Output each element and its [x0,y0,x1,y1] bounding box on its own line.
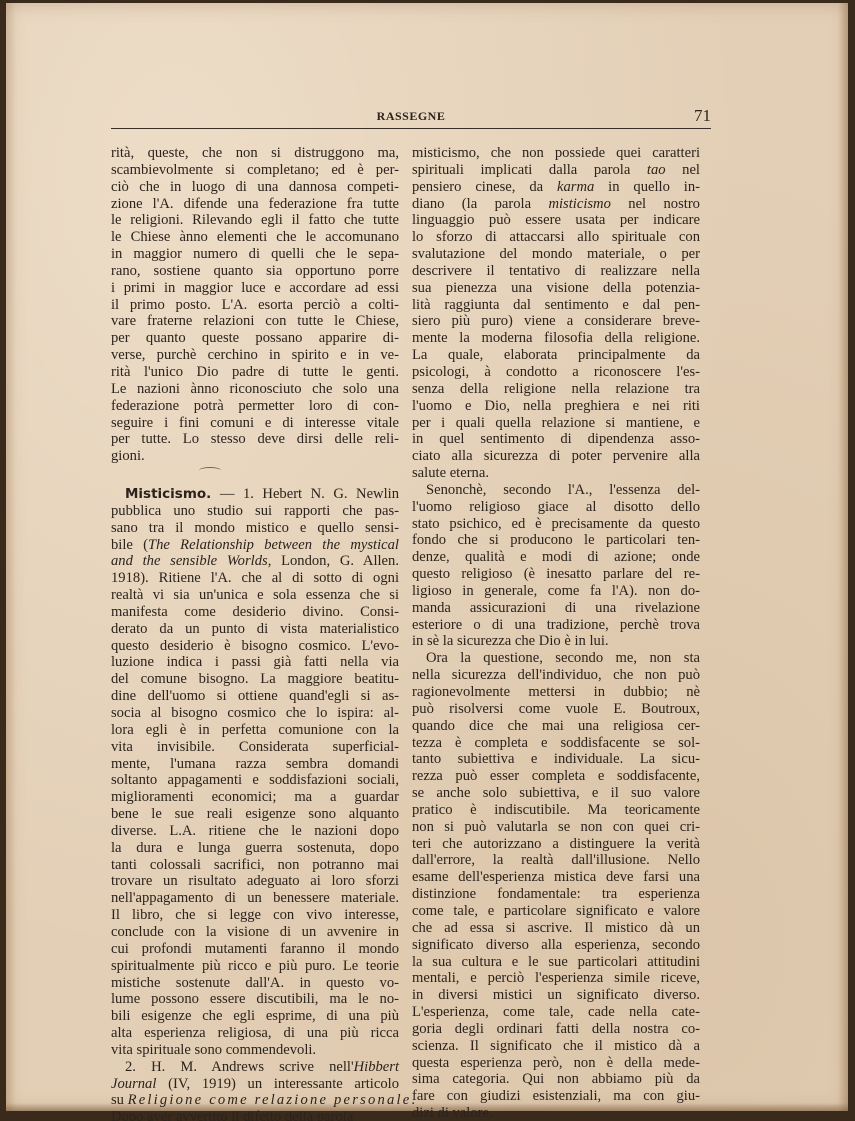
running-title: RASSEGNE [111,109,711,124]
section-intro: — 1. Hebert N. G. Newlin [211,486,399,502]
text-line: gioni. [111,448,399,465]
text-line: vita spirituale sono commendevoli. [111,1042,399,1059]
text-fragment: in quello in- [594,179,700,195]
text-line: zione l'A. difende una federazione fra t… [111,196,399,213]
text-line: descrivere il tentativo di realizzare ne… [412,263,700,280]
text-line: la sua cultura e le sue particolari atti… [412,954,700,971]
text-line: le Chiese ànno elementi che le accomunan… [111,229,399,246]
paragraph-andrews: 2. H. M. Andrews scrive nell'Hibbert Jou… [111,1059,399,1121]
text-line: Il libro, che si legge con vivo interess… [111,907,399,924]
text-line: tanto subiettiva e individuale. La sicu- [412,751,700,768]
text-line: che ad essa si ascrive. Il mistico dà un [412,920,700,937]
text-line: tezza è completa e soddisfacente se sol- [412,735,700,752]
text-line: senza della religione nella relazione tr… [412,381,700,398]
text-line: significato diverso alla esperienza, sec… [412,937,700,954]
text-line: spirituali implicati dalla parola tao ne… [412,162,700,179]
text-line: pensiero cinese, da karma in quello in- [412,179,700,196]
book-title-cont: and the sensible Worlds [111,553,268,569]
article-title: Religione come relazione personale [128,1092,412,1108]
text-fragment: spirituali implicati dalla parola [412,162,647,178]
header-rule [111,128,711,129]
text-line: su Religione come relazione personale. [111,1092,399,1109]
divider-mark [199,467,221,474]
text-line: ciato alla sicurezza di poter pervenire … [412,448,700,465]
text-fragment: 2. H. M. Andrews scrive nell' [125,1059,354,1075]
text-line: Journal (IV, 1919) un interessante artic… [111,1076,399,1093]
text-line: manifesta come desiderio divino. Consi- [111,604,399,621]
text-line: mente, l'umana razza sembra domandi [111,756,399,773]
text-line: per i quali quella relazione si mantiene… [412,415,700,432]
paragraph-misticismo-definition: misticismo, che non possiede quei caratt… [412,145,700,482]
text-line: nell'appagamento di un benessere materia… [111,890,399,907]
text-line: realtà vi sia un'unica e sola essenza ch… [111,587,399,604]
text-line: pratico è indiscutibile. Ma teoricamente [412,802,700,819]
text-line: scambievolmente si completano; ed è per- [111,162,399,179]
text-line: goria degli ordinari fatti della nostra … [412,1021,700,1038]
paragraph-federation: rità, queste, che non si distruggono ma,… [111,145,399,465]
text-line: lume possono essere discutibili, ma le n… [111,991,399,1008]
text-fragment: , London, G. Allen. [268,553,399,569]
book-title: The Relationship between the mystical [148,537,399,553]
text-line: ligioso in generale, come fa l'A). non d… [412,583,700,600]
text-line: La quale, elaborata principalmente da [412,347,700,364]
text-line: sano tra il mondo mistico e quello sensi… [111,520,399,537]
text-line: 1918). Ritiene l'A. che al di sotto di o… [111,570,399,587]
journal-title-cont: Journal [111,1076,156,1092]
text-line: rità l'unico Dio padre di tutte le genti… [111,364,399,381]
text-line: verse, purchè cerchino in spirito e in v… [111,347,399,364]
text-line: le religioni. Rilevando egli il fatto ch… [111,212,399,229]
text-line: and the sensible Worlds, London, G. Alle… [111,553,399,570]
text-line: esteriore o di una tradizione, perchè tr… [412,617,700,634]
text-line: bili esigenze che egli esprime, di una p… [111,1008,399,1025]
text-line: svalutazione del mondo materiale, o per [412,246,700,263]
section-body: 1918). Ritiene l'A. che al di sotto di o… [111,570,399,1058]
text-line: spiritualmente più ricco e più puro. Le … [111,958,399,975]
text-line: 2. H. M. Andrews scrive nell'Hibbert [111,1059,399,1076]
text-line: linguaggio può essere usata per indicare [412,212,700,229]
text-line: conclude con la visione di un avvenire i… [111,924,399,941]
text-fragment: pensiero cinese, da [412,179,557,195]
text-line: Senonchè, secondo l'A., l'essenza del- [412,482,700,499]
text-line: derato da un punto di vista materialisti… [111,621,399,638]
text-line: dall'errore, la realtà dall'illusione. N… [412,852,700,869]
section-title: Misticismo. [125,486,211,502]
text-line: ciò che in luogo di una dannosa competi- [111,179,399,196]
text-line: pubblica uno studio sui rapporti che pas… [111,503,399,520]
text-line: sua pienezza una visione della potenzia- [412,280,700,297]
text-line: teri che autorizzano a distinguere la ve… [412,836,700,853]
text-line: soltanto appagamenti e soddisfazioni soc… [111,772,399,789]
running-head: RASSEGNE 71 [111,109,711,129]
text-line: questa esperienza però, non è della mede… [412,1055,700,1072]
text-line: mentali, e perciò l'esperienza simile ri… [412,970,700,987]
text-line: diverse. L.A. ritiene che le nazioni dop… [111,823,399,840]
text-fragment: nel nostro [611,196,700,212]
text-line: cui profondi mutamenti faranno il mondo [111,941,399,958]
page-number: 71 [694,106,711,126]
text-line: non si può valutarla se non con quei cri… [412,819,700,836]
section-first-line: Misticismo. — 1. Hebert N. G. Newlin [111,486,399,503]
text-line: la dura e lunga guerra sostenuta, dopo [111,840,399,857]
term-karma: karma [557,179,594,195]
text-line: dizi di valore. [412,1105,700,1121]
text-line: Ora la questione, secondo me, non sta [412,650,700,667]
text-line: del comune bisogno. La maggiore beatitu- [111,671,399,688]
text-line: sima categoria. Qui non abbiamo più da [412,1071,700,1088]
text-line: vita invisibile. Considerata superficial… [111,739,399,756]
text-line: seguire i fini comuni e di interesse vit… [111,415,399,432]
text-line: federazione potrà permetter loro di con- [111,398,399,415]
text-line: siero più puro) viene a considerare brev… [412,313,700,330]
text-line: in sè la sicurezza che Dio è in lui. [412,633,700,650]
text-line: psicologi, à condotto a riconoscere l'es… [412,364,700,381]
term-misticismo: misticismo [548,196,610,212]
text-line: l'uomo e Dio, nella preghiera e nei riti [412,398,700,415]
text-line: i primi in maggior luce e accordare ad e… [111,280,399,297]
text-line: Dopo aver avvertito il difetto della par… [111,1109,399,1121]
text-line: diano (la parola misticismo nel nostro [412,196,700,213]
text-line: lora egli è in perfetta comunione con la [111,722,399,739]
text-fragment: bile ( [111,537,148,553]
paragraph-senonche: Senonchè, secondo l'A., l'essenza del-l'… [412,482,700,650]
text-line: alta esperienza religiosa, di una più ri… [111,1025,399,1042]
text-line: mente la moderna filosofia della religio… [412,330,700,347]
text-line: misticismo, che non possiede quei caratt… [412,145,700,162]
journal-title: Hibbert [354,1059,399,1075]
text-fragment: (IV, 1919) un interessante articolo [156,1076,399,1092]
text-line: trovare un risultato adeguato ai loro sf… [111,873,399,890]
text-fragment: diano (la parola [412,196,548,212]
text-line: lità raggiunta dal sentimento e dal pen- [412,297,700,314]
text-line: rano, sostiene quanto sia opportuno porr… [111,263,399,280]
text-line: il primo posto. L'A. esorta perciò a col… [111,297,399,314]
text-line: può risolversi come vuole E. Boutroux, [412,701,700,718]
text-line: rezza può esser completa e soddisfacente… [412,768,700,785]
left-column: rità, queste, che non si distruggono ma,… [111,145,399,1121]
text-line: distinzione fondamentale: tra esperienza [412,886,700,903]
text-line: Le nazioni ànno riconosciuto che solo un… [111,381,399,398]
text-line: come tale, e particolare significato e v… [412,903,700,920]
paragraph-questione: Ora la questione, secondo me, non stanel… [412,650,700,1121]
text-line: lo sforzo di attaccarsi allo spirituale … [412,229,700,246]
text-line: in quel sentimento di dipendenza asso- [412,431,700,448]
text-line: nella sicurezza dell'individuo, che non … [412,667,700,684]
text-line: ragionevolmente mettersi in dubbio; nè [412,684,700,701]
text-line: esame dell'esperienza mistica deve farsi… [412,869,700,886]
text-line: fare con giudizi esistenziali, ma con gi… [412,1088,700,1105]
text-line: in diversi mistici un significato divers… [412,987,700,1004]
text-line: mistiche sostenute dall'A. in questo vo- [111,975,399,992]
text-line: l'uomo religioso giace al disotto dello [412,499,700,516]
text-line: rità, queste, che non si distruggono ma, [111,145,399,162]
text-line: denze, qualità e modi di azione; onde [412,549,700,566]
term-tao: tao [647,162,666,178]
text-line: questo desiderio è bisogno cosmico. L'ev… [111,638,399,655]
text-line: stato psichico, ed è precisamente da que… [412,516,700,533]
text-line: dine dell'uomo si ottiene quand'egli si … [111,688,399,705]
text-line: miglioramenti economici; ma a guardar [111,789,399,806]
text-line: per tutte. Lo stesso deve dirsi delle re… [111,431,399,448]
text-line: questo religioso (è inesatto parlare del… [412,566,700,583]
text-line: luzione indica i passi già fatti nella v… [111,654,399,671]
text-line: per quanto queste possano apparire di- [111,330,399,347]
text-line: bene le sue reali esigenze sono alquanto [111,806,399,823]
text-line: bile (The Relationship between the mysti… [111,537,399,554]
text-line: scienza. Il significato che il mistico d… [412,1038,700,1055]
text-fragment: nel [666,162,700,178]
text-line: vare fraterne relazioni con tutte le Chi… [111,313,399,330]
text-line: se anche solo subiettiva, e il suo valor… [412,785,700,802]
text-line: fondo che si producono le particolari te… [412,532,700,549]
section-misticismo: Misticismo. — 1. Hebert N. G. Newlin pub… [111,486,399,1059]
text-line: L'esperienza, come tale, cade nella cate… [412,1004,700,1021]
right-column: misticismo, che non possiede quei caratt… [412,145,700,1121]
text-fragment: su [111,1092,128,1108]
text-line: socia al bisogno cosmico che lo ispira: … [111,705,399,722]
text-line: salute eterna. [412,465,700,482]
text-line: quando dice che mai una religiosa cer- [412,718,700,735]
text-line: manda assicurazioni di una rivelazione [412,600,700,617]
text-line: in maggior numero di quelli che le sepa- [111,246,399,263]
paragraph-body: linguaggio può essere usata per indicare… [412,212,700,482]
text-line: tanti colossali sacrifici, non potranno … [111,857,399,874]
